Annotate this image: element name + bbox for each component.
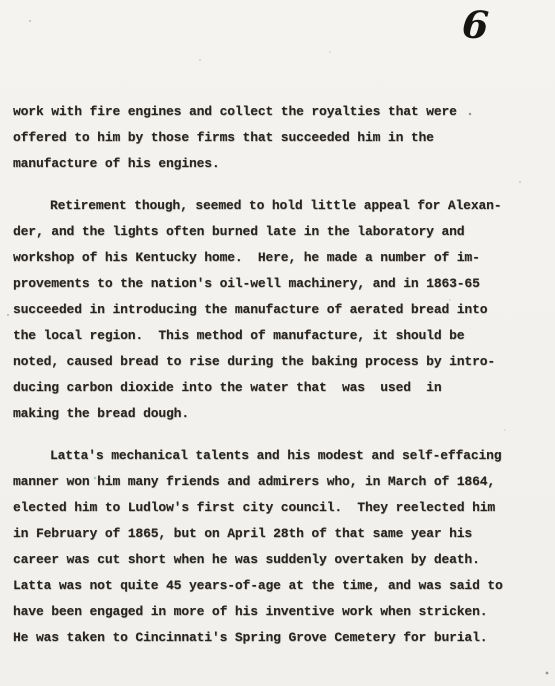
typewritten-line: career was cut short when he was suddenl…	[13, 547, 543, 573]
paragraph: work with fire engines and collect the r…	[13, 99, 543, 177]
typewritten-line: Retirement though, seemed to hold little…	[13, 193, 543, 219]
paragraph: Retirement though, seemed to hold little…	[13, 193, 543, 427]
typewritten-line: elected him to Ludlow's first city counc…	[13, 495, 543, 521]
typewritten-line: have been engaged in more of his inventi…	[13, 599, 543, 625]
typewritten-line: Latta was not quite 45 years-of-age at t…	[13, 573, 543, 599]
typewritten-line: the local region. This method of manufac…	[13, 323, 543, 349]
typewritten-line: ducing carbon dioxide into the water tha…	[13, 375, 543, 401]
typewritten-line: manufacture of his engines.	[13, 151, 543, 177]
typewritten-text-block: work with fire engines and collect the r…	[13, 99, 543, 651]
page-number-text: 6	[461, 1, 491, 48]
typewritten-line: offered to him by those firms that succe…	[13, 125, 543, 151]
typewritten-line: work with fire engines and collect the r…	[13, 99, 543, 125]
typewritten-line: provements to the nation's oil-well mach…	[13, 271, 543, 297]
paragraph: Latta's mechanical talents and his modes…	[13, 443, 543, 651]
typewritten-line: der, and the lights often burned late in…	[13, 219, 543, 245]
typewritten-line: making the bread dough.	[13, 401, 543, 427]
typewritten-line: Latta's mechanical talents and his modes…	[13, 443, 543, 469]
typewritten-line: succeeded in introducing the manufacture…	[13, 297, 543, 323]
typewritten-line: in February of 1865, but on April 28th o…	[13, 521, 543, 547]
typewritten-line: workshop of his Kentucky home. Here, he …	[13, 245, 543, 271]
typewritten-line: noted, caused bread to rise during the b…	[13, 349, 543, 375]
document-page: 6 work with fire engines and collect the…	[0, 0, 555, 686]
typewritten-line: manner won him many friends and admirers…	[13, 469, 543, 495]
handwritten-page-number: 6	[448, 0, 504, 52]
typewritten-line: He was taken to Cincinnati's Spring Grov…	[13, 625, 543, 651]
